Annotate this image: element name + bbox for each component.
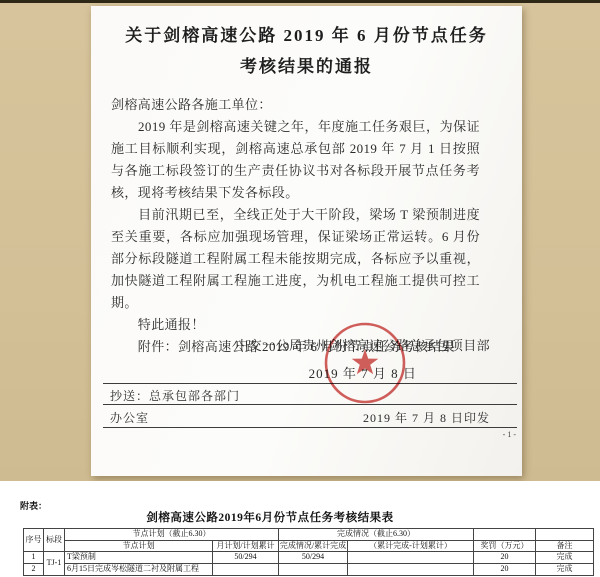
header-blank-remark <box>536 529 594 541</box>
cell-reward: 20 <box>474 564 536 576</box>
salutation: 剑榕高速公路各施工单位： <box>111 94 480 116</box>
cell-completion: 50/294 <box>279 552 348 564</box>
header-completion: 完成情况/累计完成 <box>279 541 348 552</box>
document-body: 剑榕高速公路各施工单位： 2019 年是剑榕高速关键之年，年度施工任务艰巨，为保… <box>111 94 480 358</box>
header-plan-group: 节点计划（截止6.30） <box>65 529 279 541</box>
page-number: - 1 - <box>503 430 516 439</box>
header-seq: 序号 <box>24 529 44 552</box>
office-print-row: 办公室 2019 年 7 月 8 日印发 <box>110 409 490 426</box>
attachment-table-section: 附表： 剑榕高速公路2019年6月份节点任务考核结果表 序号 标段 节点计划（截… <box>0 481 600 577</box>
footer-divider-1 <box>103 383 517 384</box>
attachment-table-title: 剑榕高速公路2019年6月份节点任务考核结果表 <box>0 509 540 525</box>
document-title: 关于剑榕高速公路 2019 年 6 月份节点任务 考核结果的通报 <box>91 20 522 82</box>
cell-remark: 完成 <box>536 564 594 576</box>
cell-diff <box>348 564 474 576</box>
document-title-line1: 关于剑榕高速公路 2019 年 6 月份节点任务 <box>91 20 522 51</box>
table-row: 2 6月15日完成岑松隧道二衬及附属工程 20 完成 <box>24 564 594 576</box>
cell-monthly-plan: 50/294 <box>213 552 279 564</box>
table-header-row-1: 序号 标段 节点计划（截止6.30） 完成情况（截止6.30） <box>24 529 594 541</box>
table-header-row-2: 节点计划 月计划/计划累计 完成情况/累计完成 （累计完成-计划累计） 奖罚（万… <box>24 541 594 552</box>
header-monthly-plan: 月计划/计划累计 <box>213 541 279 552</box>
table-row: 1 TJ-1 T梁预制 50/294 50/294 20 完成 <box>24 552 594 564</box>
cell-monthly-plan <box>213 564 279 576</box>
office-label: 办公室 <box>110 409 149 426</box>
scanned-notice-screenshot: 关于剑榕高速公路 2019 年 6 月份节点任务 考核结果的通报 剑榕高速公路各… <box>0 0 600 577</box>
cell-plan: 6月15日完成岑松隧道二衬及附属工程 <box>65 564 213 576</box>
footer-divider-2 <box>103 404 517 405</box>
cell-remark: 完成 <box>536 552 594 564</box>
seal-star-icon <box>352 349 379 374</box>
seal-serial-number: 5228322000998 <box>343 380 386 393</box>
document-page: 关于剑榕高速公路 2019 年 6 月份节点任务 考核结果的通报 剑榕高速公路各… <box>91 6 522 476</box>
body-paragraph-2: 目前汛期已至，全线正处于大干阶段，梁场 T 梁预制进度至关重要，各标应加强现场管… <box>111 204 480 314</box>
closing-line: 特此通报！ <box>111 314 480 336</box>
body-paragraph-1: 2019 年是剑榕高速关键之年，年度施工任务艰巨，为保证施工目标顺利实现，剑榕高… <box>111 116 480 204</box>
official-red-seal-icon: 中交一公局贵州剑榕高速公路总承包项目部 5228322000998 <box>321 319 409 407</box>
header-blank-reward <box>474 529 536 541</box>
footer-divider-3 <box>103 427 517 428</box>
cell-reward: 20 <box>474 552 536 564</box>
header-section: 标段 <box>44 529 65 552</box>
cell-seq: 2 <box>24 564 44 576</box>
header-diff: （累计完成-计划累计） <box>348 541 474 552</box>
header-reward: 奖罚（万元） <box>474 541 536 552</box>
header-plan: 节点计划 <box>65 541 213 552</box>
cell-completion <box>279 564 348 576</box>
header-remark: 备注 <box>536 541 594 552</box>
cell-plan: T梁预制 <box>65 552 213 564</box>
assessment-result-table: 序号 标段 节点计划（截止6.30） 完成情况（截止6.30） 节点计划 月计划… <box>23 528 594 576</box>
cell-seq: 1 <box>24 552 44 564</box>
print-date: 2019 年 7 月 8 日印发 <box>363 409 490 426</box>
header-completion-group: 完成情况（截止6.30） <box>279 529 474 541</box>
document-title-line2: 考核结果的通报 <box>91 51 522 82</box>
svg-text:5228322000998: 5228322000998 <box>343 380 386 393</box>
copy-to-line: 抄送：总承包部各部门 <box>110 387 240 404</box>
cell-diff <box>348 552 474 564</box>
cell-section: TJ-1 <box>44 552 65 576</box>
